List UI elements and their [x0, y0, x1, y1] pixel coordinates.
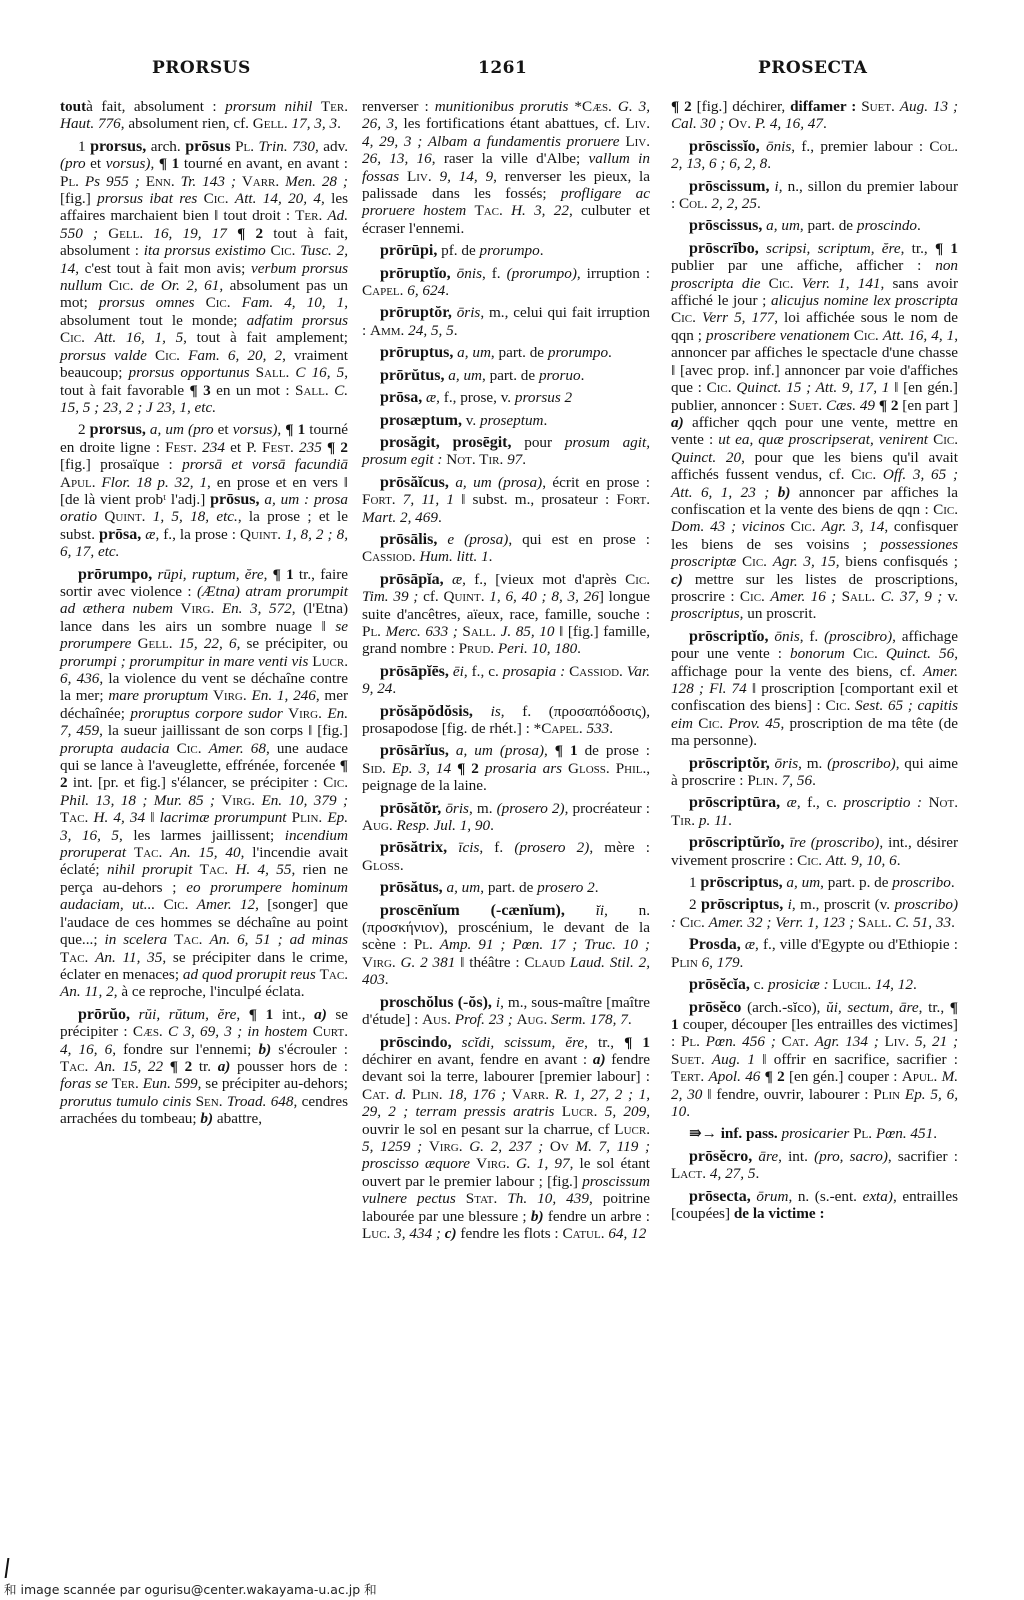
- entry-text: .: [728, 812, 732, 829]
- entry-text: ¶ 1: [273, 566, 294, 583]
- entry-text: prorupta audacia: [60, 740, 169, 757]
- entry-text: pour: [511, 434, 564, 451]
- author-abbrev: Virg.: [213, 687, 247, 704]
- headword: prosæptum,: [380, 412, 462, 429]
- entry-text: ¶ 2: [170, 1058, 192, 1075]
- entry-text: a, um: [766, 217, 800, 234]
- entry-text: āre: [758, 1148, 778, 1165]
- entry-text: Fam. 6, 20, 2: [188, 347, 282, 364]
- entry-text: , les fortifications étant abattues, cf.: [394, 115, 625, 132]
- entry-text: [163, 1058, 170, 1075]
- headword: prōrŭtus,: [380, 367, 444, 384]
- entry-text: v.: [942, 588, 958, 605]
- entry-text: [126, 844, 134, 861]
- entry-text: prorsus valde: [60, 347, 147, 364]
- headword: prōruptŏr,: [380, 304, 452, 321]
- author-abbrev: Plin.: [292, 809, 323, 826]
- entry-text: , f., prose, v.: [436, 389, 515, 406]
- author-abbrev: Fort.: [616, 491, 650, 508]
- dictionary-entry: proscēnĭum (-cænĭum), ĭi, n. (προσκήνιον…: [362, 902, 650, 989]
- entry-text: H. 4, 34: [93, 809, 145, 826]
- entry-text: [876, 466, 883, 483]
- headword: prōsătus,: [380, 879, 443, 896]
- author-abbrev: Tert.: [671, 1068, 704, 1085]
- entry-text: [192, 861, 199, 878]
- entry-text: ōris: [457, 304, 481, 321]
- entry-text: Tim. 39 ;: [362, 588, 418, 605]
- entry-text: prorutus tumulo cinis: [60, 1093, 191, 1110]
- author-abbrev: Cic.: [323, 774, 348, 791]
- entry-text: ¶ 1: [285, 421, 305, 438]
- entry-text: 4, 27, 5: [710, 1165, 756, 1182]
- author-abbrev: Lucr.: [562, 1103, 598, 1120]
- dictionary-entry: prōrŭtus, a, um, part. de proruo.: [362, 367, 650, 384]
- entry-text: tr.: [192, 1058, 218, 1075]
- entry-text: vorsus): [106, 155, 151, 172]
- entry-text: [85, 329, 95, 346]
- author-abbrev: Enn.: [146, 173, 175, 190]
- entry-text: de la victime :: [734, 1205, 825, 1222]
- entry-text: [fig.] déchirer,: [692, 98, 790, 115]
- entry-text: 7, 56: [782, 772, 812, 789]
- headword: prōscissĭo,: [689, 138, 760, 155]
- author-abbrev: Stat.: [466, 1190, 498, 1207]
- author-abbrev: Cic.: [155, 347, 180, 364]
- entry-text: ¶ 3: [190, 382, 211, 399]
- entry-text: .: [951, 874, 955, 891]
- entry-text: , f.: [482, 265, 507, 282]
- dictionary-entry: prōsătŏr, ōris, m. (prosero 2), procréat…: [362, 800, 650, 835]
- author-abbrev: Sall.: [842, 588, 876, 605]
- entry-text: , à ce reproche, l'inculpé éclata.: [114, 983, 305, 1000]
- entry-text: ŭi, sectum, āre: [826, 999, 919, 1016]
- entry-text: ut ea, quæ proscripserat, venirent: [718, 431, 928, 448]
- entry-text: 6, 624: [407, 282, 445, 299]
- entry-text: 26, 13, 16: [362, 150, 432, 167]
- entry-text: prosero 2: [537, 879, 595, 896]
- author-abbrev: Suet.: [671, 1051, 705, 1068]
- headword: proscēnĭum (-cænĭum),: [380, 902, 565, 919]
- author-abbrev: Sall.: [256, 364, 290, 381]
- entry-text: s'écrouler :: [271, 1041, 348, 1058]
- entry-text: [473, 703, 491, 720]
- entry-text: proruptus corpore sudor: [130, 705, 282, 722]
- entry-text: pf. de: [437, 242, 479, 259]
- entry-text: .: [628, 1011, 632, 1028]
- author-abbrev: Cic.: [854, 327, 879, 344]
- entry-text: , part. de: [482, 367, 539, 384]
- entry-text: (arch.-sĭco),: [741, 999, 826, 1016]
- entry-text: , adv.: [315, 138, 348, 155]
- entry-text: [433, 936, 440, 953]
- entry-text: , écrit en prose :: [542, 474, 650, 491]
- dictionary-entry: prōsăĭcus, a, um (prosa), écrit en prose…: [362, 474, 650, 526]
- dictionary-entry: prōscissum, i, n., sillon du premier lab…: [671, 178, 958, 213]
- author-abbrev: Curt.: [313, 1023, 348, 1040]
- author-abbrev: Aug.: [517, 1011, 548, 1028]
- entry-text: en un mot :: [211, 382, 295, 399]
- headword: prōsĕco: [689, 999, 741, 1016]
- entry-text: 533: [586, 720, 609, 737]
- entry-text: [543, 1138, 550, 1155]
- entry-text: .: [438, 509, 442, 526]
- author-abbrev: Cæs.: [582, 98, 612, 115]
- entry-text: , m., proscrit (v.: [792, 896, 895, 913]
- entry-text: 7, 11, 1: [403, 491, 454, 508]
- entry-text: ‖ offrir en sacrifice, sacrifier :: [755, 1051, 958, 1068]
- entry-text: Amp. 91 ; Pœn. 17 ; Truc. 10 ;: [440, 936, 650, 953]
- dictionary-entry: 2 prorsus, a, um (pro et vorsus), ¶ 1 to…: [60, 421, 348, 560]
- entry-text: prorsus 2: [515, 389, 572, 406]
- entry-text: in scelera: [105, 931, 168, 948]
- dictionary-entry: prōscissĭo, ōnis, f., premier labour : C…: [671, 138, 958, 173]
- entry-text: Serm. 178, 7: [551, 1011, 628, 1028]
- entry-text: [399, 168, 407, 185]
- entry-text: .: [490, 817, 494, 834]
- author-abbrev: Cassiod.: [362, 548, 416, 565]
- entry-text: , f., la prose :: [155, 526, 240, 543]
- author-abbrev: Liv.: [625, 115, 650, 132]
- author-abbrev: Cic.: [109, 277, 134, 294]
- entry-text: p. 11: [699, 812, 728, 829]
- entry-text: Amer. 12: [197, 896, 255, 913]
- entry-text: pousser hors de :: [230, 1058, 348, 1075]
- entry-text: a): [593, 1051, 606, 1068]
- entry-text: ¶ 2: [765, 1068, 785, 1085]
- entry-text: 6, 179: [702, 954, 740, 971]
- entry-text: , la sueur jaillissant de son corps ‖ [f…: [99, 722, 348, 739]
- entry-text: adfatim prorsus: [247, 312, 348, 329]
- entry-text: scripsi, scriptum, ĕre: [766, 240, 901, 257]
- author-abbrev: Virg.: [476, 1155, 510, 1172]
- entry-text: [597, 1103, 604, 1120]
- entry-text: [503, 202, 511, 219]
- entry-text: 3, 434 ;: [394, 1225, 441, 1242]
- entry-text: Tr. 143 ;: [181, 173, 236, 190]
- entry-text: [447, 839, 458, 856]
- author-abbrev: Liv.: [885, 1033, 910, 1050]
- entry-text: e (prosa): [447, 531, 508, 548]
- entry-text: a, um: [448, 367, 482, 384]
- entry-text: Att. 14, 20, 4: [235, 190, 321, 207]
- entry-text: , c'est tout à fait mon avis;: [75, 260, 251, 277]
- entry-text: vorsus): [233, 421, 278, 438]
- entry-text: ¶ 2: [237, 225, 263, 242]
- author-abbrev: Capel.: [362, 282, 403, 299]
- author-abbrev: Col.: [679, 195, 708, 212]
- headword: proschŏlus (-ŏs),: [380, 994, 492, 1011]
- headword: prōsāpĭēs,: [380, 663, 449, 680]
- entry-text: prosiciæ :: [768, 976, 829, 993]
- author-abbrev: Claud: [524, 954, 565, 971]
- author-abbrev: Cic.: [769, 275, 794, 292]
- entry-text: Pœn. 456 ;: [706, 1033, 776, 1050]
- entry-text: , tr.,: [901, 240, 935, 257]
- author-abbrev: Tac.: [60, 1058, 88, 1075]
- author-abbrev: Plin: [671, 954, 698, 971]
- entry-text: 1, 6, 40 ; 8, 3, 26: [489, 588, 599, 605]
- entry-text: .: [897, 852, 901, 869]
- author-abbrev: Sall.: [295, 382, 329, 399]
- entry-text: ita prorsus existimo: [144, 242, 266, 259]
- entry-text: , mère :: [589, 839, 650, 856]
- headword: prōscindo,: [380, 1034, 452, 1051]
- entry-text: [312, 98, 321, 115]
- entry-text: īre (proscribo): [790, 834, 880, 851]
- entry-text: prorumpo: [548, 344, 608, 361]
- entry-text: An. 11, 2: [60, 983, 114, 1000]
- entry-text: Peri. 10, 180: [498, 640, 577, 657]
- author-abbrev: Cic.: [707, 379, 732, 396]
- entry-text: H. 4, 55: [235, 861, 291, 878]
- entry-text: .: [740, 954, 744, 971]
- entry-text: proscindo: [857, 217, 917, 234]
- entry-text: H. 3, 22: [511, 202, 569, 219]
- author-abbrev: Virg.: [221, 792, 255, 809]
- entry-text: ad quod prorupit reus: [183, 966, 316, 983]
- headword: prōruptus,: [380, 344, 453, 361]
- entry-text: 16, 19, 17: [153, 225, 227, 242]
- entry-text: [554, 1103, 561, 1120]
- headword: prōsăĭcus,: [380, 474, 449, 491]
- entry-text: prorsum nihil: [225, 98, 312, 115]
- entry-text: b): [259, 1041, 272, 1058]
- entry-text: ¶ 1: [624, 1034, 650, 1051]
- author-abbrev: Liv.: [625, 133, 650, 150]
- headword: prōscriptĭo,: [689, 628, 769, 645]
- entry-text: ōrum: [756, 1188, 788, 1205]
- entry-text: alicujus nomine lex proscripta: [771, 292, 958, 309]
- author-abbrev: Quint.: [443, 588, 484, 605]
- entry-text: Quinct. 15 ; Att. 9, 17, 1: [736, 379, 889, 396]
- entry-text: , un proscrit.: [740, 605, 817, 622]
- headword: prōscriptŏr,: [689, 755, 770, 772]
- entry-text: [422, 1138, 429, 1155]
- scan-edge-mark: [5, 1558, 10, 1578]
- entry-text: .: [522, 451, 526, 468]
- entry-text: Trin. 730: [259, 138, 315, 155]
- entry-text: a, um: [457, 344, 491, 361]
- author-abbrev: Cic.: [791, 518, 816, 535]
- entry-text: En. 1, 246: [251, 687, 315, 704]
- entry-text: ‖: [145, 809, 160, 826]
- entry-text: C 16, 5: [295, 364, 344, 381]
- entry-text: , m.: [798, 755, 827, 772]
- author-abbrev: Ter.: [295, 207, 322, 224]
- author-abbrev: Lact.: [671, 1165, 706, 1182]
- entry-text: [143, 225, 153, 242]
- entry-text: Ep. 3, 14: [392, 760, 451, 777]
- entry-text: , absolument rien, cf.: [121, 115, 253, 132]
- entry-text: abattre,: [213, 1110, 262, 1127]
- entry-text: .: [595, 879, 599, 896]
- entry-text: prorumpi ; prorumpitur in mare venti vis: [60, 653, 308, 670]
- author-abbrev: Plin: [873, 1086, 900, 1103]
- entry-text: [fig.]: [60, 190, 97, 207]
- entry-text: Fam. 4, 10, 1: [242, 294, 345, 311]
- author-abbrev: Virg.: [288, 705, 322, 722]
- entry-text: [88, 1058, 95, 1075]
- author-abbrev: Cæs.: [133, 1023, 163, 1040]
- entry-text: Apol. 46: [708, 1068, 760, 1085]
- entry-text: 2: [78, 421, 90, 438]
- entry-text: [en gén.] couper :: [785, 1068, 902, 1085]
- author-abbrev: Cic.: [933, 501, 958, 518]
- scan-credit-footer: 和 image scannée par ogurisu@center.wakay…: [4, 1580, 377, 1598]
- entry-text: [145, 508, 152, 525]
- author-abbrev: Ov.: [728, 115, 751, 132]
- entry-text: Th. 10, 439: [507, 1190, 589, 1207]
- entry-text: Quinct. 20: [671, 449, 741, 466]
- entry-text: munitionibus prorutis: [435, 98, 569, 115]
- entry-text: prorsus omnes: [99, 294, 195, 311]
- author-abbrev: Cic.: [742, 553, 767, 570]
- entry-text: (pro, sacro): [814, 1148, 888, 1165]
- dictionary-entry: prōrŭo, rŭi, rŭtum, ĕre, ¶ 1 int., a) se…: [60, 1006, 348, 1128]
- author-abbrev: Ter.: [321, 98, 348, 115]
- author-abbrev: Sall.: [858, 914, 892, 931]
- entry-text: Verr 5, 177: [702, 309, 774, 326]
- dictionary-entry: 1 prorsus, arch. prōsus Pl. Trin. 730, a…: [60, 138, 348, 417]
- entry-text: Hum. litt. 1: [419, 548, 488, 565]
- entry-text: ōnis: [774, 628, 799, 645]
- entry-text: Haut. 776: [60, 115, 121, 132]
- headword: prōsārĭus,: [380, 742, 449, 759]
- author-abbrev: Luc.: [362, 1225, 390, 1242]
- entry-text: a, um (pro: [150, 421, 214, 438]
- entry-text: [227, 225, 237, 242]
- author-abbrev: Prud.: [459, 640, 494, 657]
- author-abbrev: Cic.: [698, 715, 723, 732]
- dictionary-entry: prŏsăpŏdŏsis, is, f. (προσαπόδοσις), pro…: [362, 703, 650, 738]
- dictionary-entry: prōsătus, a, um, part. de prosero 2.: [362, 879, 650, 896]
- author-abbrev: Cic.: [60, 329, 85, 346]
- entry-text: Troad. 648: [227, 1093, 294, 1110]
- entry-text: æ: [145, 526, 155, 543]
- headword: prorsus,: [90, 138, 146, 155]
- entry-text: Prov. 45: [728, 715, 780, 732]
- entry-text: b): [531, 1208, 544, 1225]
- entry-text: īcis: [458, 839, 479, 856]
- entry-text: ‖ théâtre :: [455, 954, 524, 971]
- entry-text: ,: [544, 742, 555, 759]
- entry-text: .: [489, 548, 493, 565]
- entry-text: , f.: [479, 839, 514, 856]
- entry-text: J. 85, 10: [501, 623, 555, 640]
- dictionary-entry: prōsārĭus, a, um (prosa), ¶ 1 de prose :…: [362, 742, 650, 794]
- author-abbrev: Plin.: [747, 772, 778, 789]
- headword: prōsătrix,: [380, 839, 447, 856]
- entry-text: C. 51, 33: [895, 914, 951, 931]
- entry-text: [878, 645, 886, 662]
- headword: prorsus,: [90, 421, 146, 438]
- entry-text: 5, 1259 ;: [362, 1138, 422, 1155]
- dictionary-entry: prōscindo, scĭdi, scissum, ĕre, tr., ¶ 1…: [362, 1034, 650, 1243]
- entry-text: , procréateur :: [565, 800, 650, 817]
- author-abbrev: Tac.: [60, 809, 88, 826]
- entry-text: [769, 484, 777, 501]
- entry-text: 5, 21 ;: [915, 1033, 958, 1050]
- entry-text: cf.: [418, 588, 443, 605]
- entry-text: [180, 347, 188, 364]
- entry-text: fendre un arbre :: [544, 1208, 650, 1225]
- entry-text: tout: [60, 98, 86, 115]
- dictionary-entry: prōsāpĭēs, ēi, f., c. prosapia : Cassiod…: [362, 663, 650, 698]
- entry-text: An. 15, 22: [95, 1058, 163, 1075]
- entry-text: prosaria ars: [485, 760, 562, 777]
- entry-text: .: [544, 412, 548, 429]
- dictionary-entry: proschŏlus (-ŏs), i, m., sous-maître [ma…: [362, 994, 650, 1029]
- entry-text: En. 10, 379 ;: [261, 792, 348, 809]
- entry-text: b): [778, 484, 791, 501]
- entry-text: a): [314, 1006, 327, 1023]
- entry-text: .: [337, 115, 341, 132]
- entry-text: is: [491, 703, 501, 720]
- entry-text: bonorum: [790, 645, 845, 662]
- entry-text: ōris: [445, 800, 469, 817]
- entry-text: (pro: [60, 155, 86, 172]
- author-abbrev: Cic.: [271, 242, 296, 259]
- entry-text: a, um (prosa): [455, 474, 542, 491]
- entry-text: Phil. 13, 18 ; Mur. 85 ;: [60, 792, 215, 809]
- headword: prōsus,: [210, 491, 259, 508]
- author-abbrev: Capel.: [541, 720, 582, 737]
- entry-text: 97: [507, 451, 522, 468]
- entry-text: 17, 3, 3: [292, 115, 338, 132]
- entry-text: (prosero 2): [497, 800, 565, 817]
- author-abbrev: Fest.: [262, 439, 294, 456]
- entry-text: nihil prorupit: [107, 861, 192, 878]
- dictionary-entry: Prosda, æ, f., ville d'Egypte ou d'Ethio…: [671, 936, 958, 971]
- author-abbrev: Pl.: [362, 623, 381, 640]
- entry-text: ¶ 2: [879, 397, 899, 414]
- entry-text: b): [200, 1110, 213, 1127]
- author-abbrev: Gloss. Phil.: [568, 760, 646, 777]
- entry-text: , tout à fait amplement;: [183, 329, 348, 346]
- headword: prŏsăpŏdŏsis,: [380, 703, 473, 720]
- entry-text: lacrimæ prorumpunt: [160, 809, 287, 826]
- entry-text: *: [568, 98, 582, 115]
- entry-text: (proscribo): [827, 755, 896, 772]
- entry-text: .: [686, 1103, 690, 1120]
- entry-text: d.: [395, 1086, 406, 1103]
- author-abbrev: Lucr.: [614, 1121, 650, 1138]
- dictionary-entry: prōsătrix, īcis, f. (prosero 2), mère : …: [362, 839, 650, 874]
- entry-text: a, um: [786, 874, 820, 891]
- author-abbrev: Pl.: [414, 936, 433, 953]
- dictionary-page: PRORSUS 1261 PROSECTA toutà fait, absolu…: [0, 0, 1024, 1600]
- entry-text: An. 15, 40: [170, 844, 241, 861]
- entry-text: [444, 571, 452, 588]
- dictionary-entry: prosăgit, prosēgit, pour prosum agit, pr…: [362, 434, 650, 469]
- headword: prōscissus,: [689, 217, 762, 234]
- entry-text: , int.: [778, 1148, 814, 1165]
- entry-text: [396, 491, 403, 508]
- entry-text: exta): [863, 1188, 893, 1205]
- author-abbrev: Ter.: [112, 1075, 139, 1092]
- entry-text: c): [671, 571, 683, 588]
- dictionary-entry: prōscrībo, scripsi, scriptum, ĕre, tr., …: [671, 240, 958, 623]
- entry-text: Amer. 16 ;: [770, 588, 836, 605]
- entry-text: , part. de: [480, 879, 537, 896]
- author-abbrev: Tac.: [134, 844, 162, 861]
- entry-text: proscribere venationem: [706, 327, 850, 344]
- entry-text: .: [917, 217, 921, 234]
- entry-text: [fig.] prosaïque :: [60, 456, 182, 473]
- author-abbrev: Cic.: [853, 645, 878, 662]
- entry-text: [231, 294, 242, 311]
- entry-text: 2, 2, 25: [711, 195, 757, 212]
